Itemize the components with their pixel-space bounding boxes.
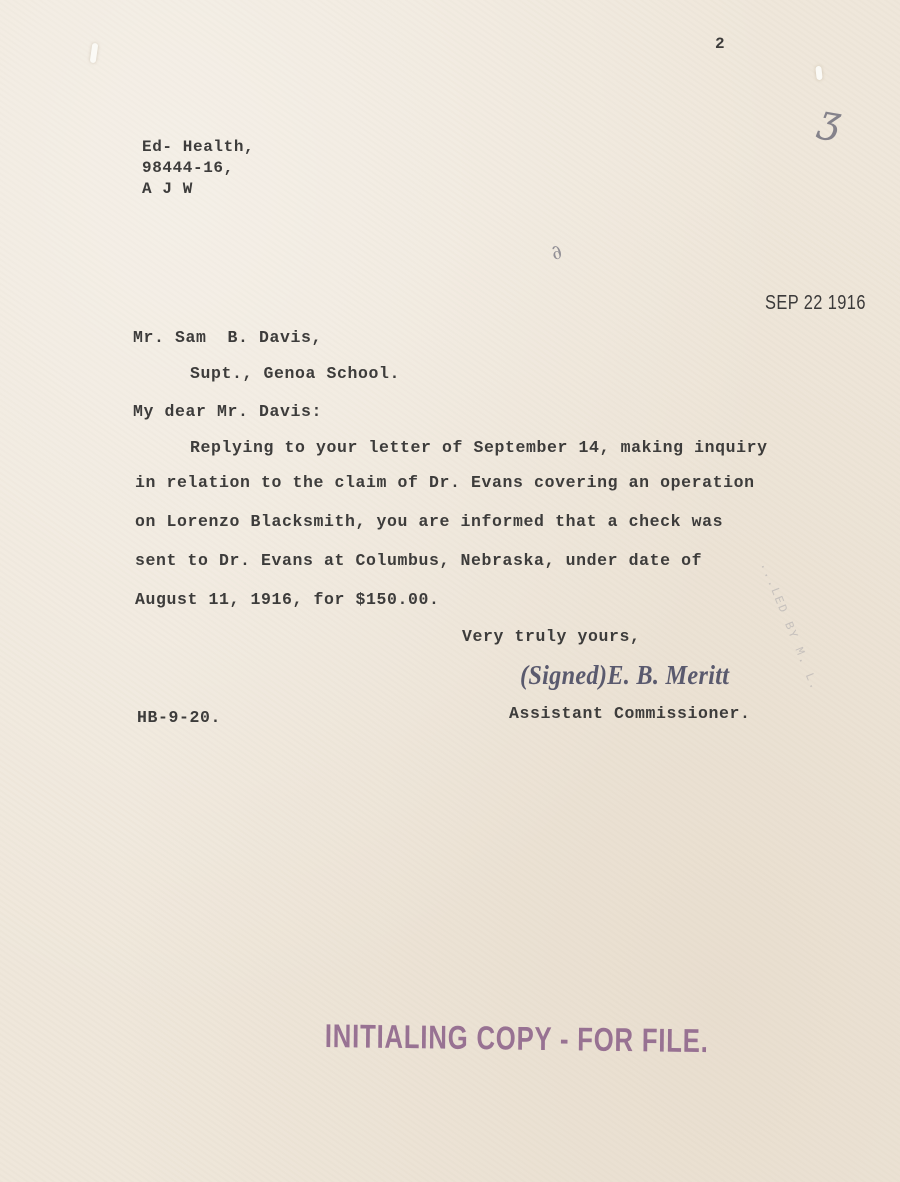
body-line: sent to Dr. Evans at Columbus, Nebraska,… — [135, 553, 702, 570]
addressee-name: Mr. Sam B. Davis, — [133, 330, 322, 347]
closing: Very truly yours, — [462, 629, 641, 646]
pencil-annotation-icon: Ʒ — [814, 103, 843, 150]
body-line: in relation to the claim of Dr. Evans co… — [135, 475, 755, 492]
pencil-initial-icon: ∂ — [546, 239, 566, 265]
body-line: August 11, 1916, for $150.00. — [135, 592, 440, 609]
faint-received-stamp: ...LED BY M. L. — [757, 560, 822, 693]
typist-initials-code: HB-9-20. — [137, 710, 221, 727]
date-stamp: SEP 22 1916 — [765, 292, 866, 315]
page-number: 2 — [715, 36, 725, 52]
signer-title: Assistant Commissioner. — [509, 706, 751, 723]
addressee-title: Supt., Genoa School. — [190, 366, 400, 383]
reference-initials: A J W — [142, 181, 193, 197]
salutation: My dear Mr. Davis: — [133, 404, 322, 421]
body-line: on Lorenzo Blacksmith, you are informed … — [135, 514, 723, 531]
signature-stamp: (Signed)E. B. Meritt — [520, 660, 729, 691]
paper-tear-mark — [90, 43, 99, 64]
reference-department: Ed- Health, — [142, 139, 254, 155]
body-line: Replying to your letter of September 14,… — [190, 440, 768, 457]
paper-tear-mark — [815, 66, 822, 81]
reference-file-number: 98444-16, — [142, 160, 234, 176]
file-copy-stamp: INITIALING COPY - FOR FILE. — [325, 1017, 709, 1060]
